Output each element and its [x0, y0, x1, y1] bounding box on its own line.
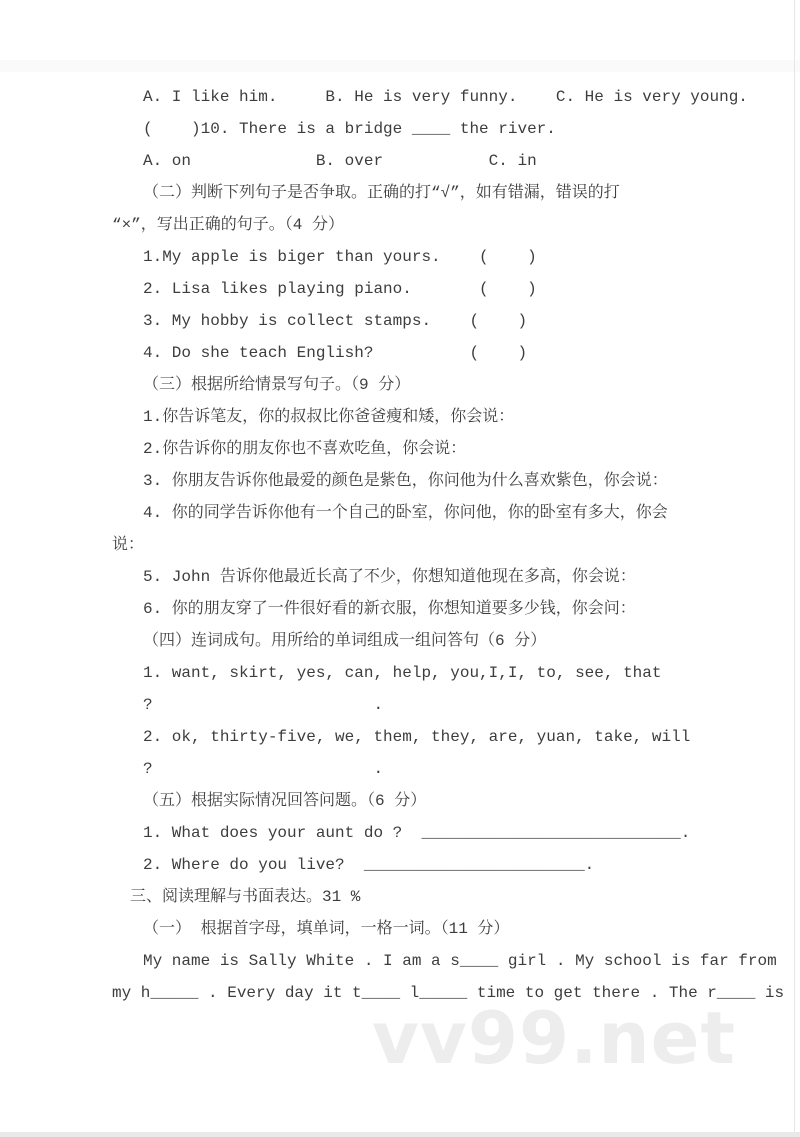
- doc-line: A. I like him. B. He is very funny. C. H…: [0, 81, 800, 113]
- doc-line: A. on B. over C. in: [0, 145, 800, 177]
- doc-line: （一） 根据首字母，填单词，一格一词。（11 分）: [0, 913, 800, 945]
- doc-line: 1.My apple is biger than yours. ( ): [0, 241, 800, 273]
- site-watermark: vv99.net: [372, 996, 736, 1080]
- doc-line: ? .: [0, 753, 800, 785]
- doc-line: My name is Sally White . I am a s____ gi…: [0, 945, 800, 977]
- doc-line: 2. Where do you live? __________________…: [0, 849, 800, 881]
- doc-line: ? .: [0, 689, 800, 721]
- doc-line: 说：: [0, 529, 800, 561]
- doc-line: 3. My hobby is collect stamps. ( ): [0, 305, 800, 337]
- doc-line: ( )10. There is a bridge ____ the river.: [0, 113, 800, 145]
- doc-line: （四）连词成句。用所给的单词组成一组问答句（6 分）: [0, 625, 800, 657]
- doc-line: 3. 你朋友告诉你他最爱的颜色是紫色，你问他为什么喜欢紫色，你会说：: [0, 465, 800, 497]
- doc-line: 三、阅读理解与书面表达。31 %: [0, 881, 800, 913]
- scan-artifact-band: [0, 60, 800, 72]
- doc-line: 5. John 告诉你他最近长高了不少，你想知道他现在多高，你会说：: [0, 561, 800, 593]
- doc-line: 6. 你的朋友穿了一件很好看的新衣服，你想知道要多少钱，你会问：: [0, 593, 800, 625]
- doc-line: 2.你告诉你的朋友你也不喜欢吃鱼，你会说：: [0, 433, 800, 465]
- doc-line: 1. want, skirt, yes, can, help, you,I,I,…: [0, 657, 800, 689]
- scan-bottom-strip: [0, 1132, 800, 1137]
- doc-line: 2. Lisa likes playing piano. ( ): [0, 273, 800, 305]
- doc-line: 2. ok, thirty-five, we, them, they, are,…: [0, 721, 800, 753]
- doc-line: 1.你告诉笔友，你的叔叔比你爸爸瘦和矮，你会说：: [0, 401, 800, 433]
- doc-line: 4. 你的同学告诉你他有一个自己的卧室，你问他，你的卧室有多大，你会: [0, 497, 800, 529]
- document-body: A. I like him. B. He is very funny. C. H…: [0, 81, 800, 1009]
- exam-document-page: { "page": { "background": "#ffffff", "te…: [0, 0, 800, 1137]
- doc-line: 4. Do she teach English? ( ): [0, 337, 800, 369]
- doc-line: “×”，写出正确的句子。（4 分）: [0, 209, 800, 241]
- doc-line: （五）根据实际情况回答问题。（6 分）: [0, 785, 800, 817]
- doc-line: （三）根据所给情景写句子。（9 分）: [0, 369, 800, 401]
- doc-line: （二）判断下列句子是否争取。正确的打“√”，如有错漏，错误的打: [0, 177, 800, 209]
- doc-line: 1. What does your aunt do ? ____________…: [0, 817, 800, 849]
